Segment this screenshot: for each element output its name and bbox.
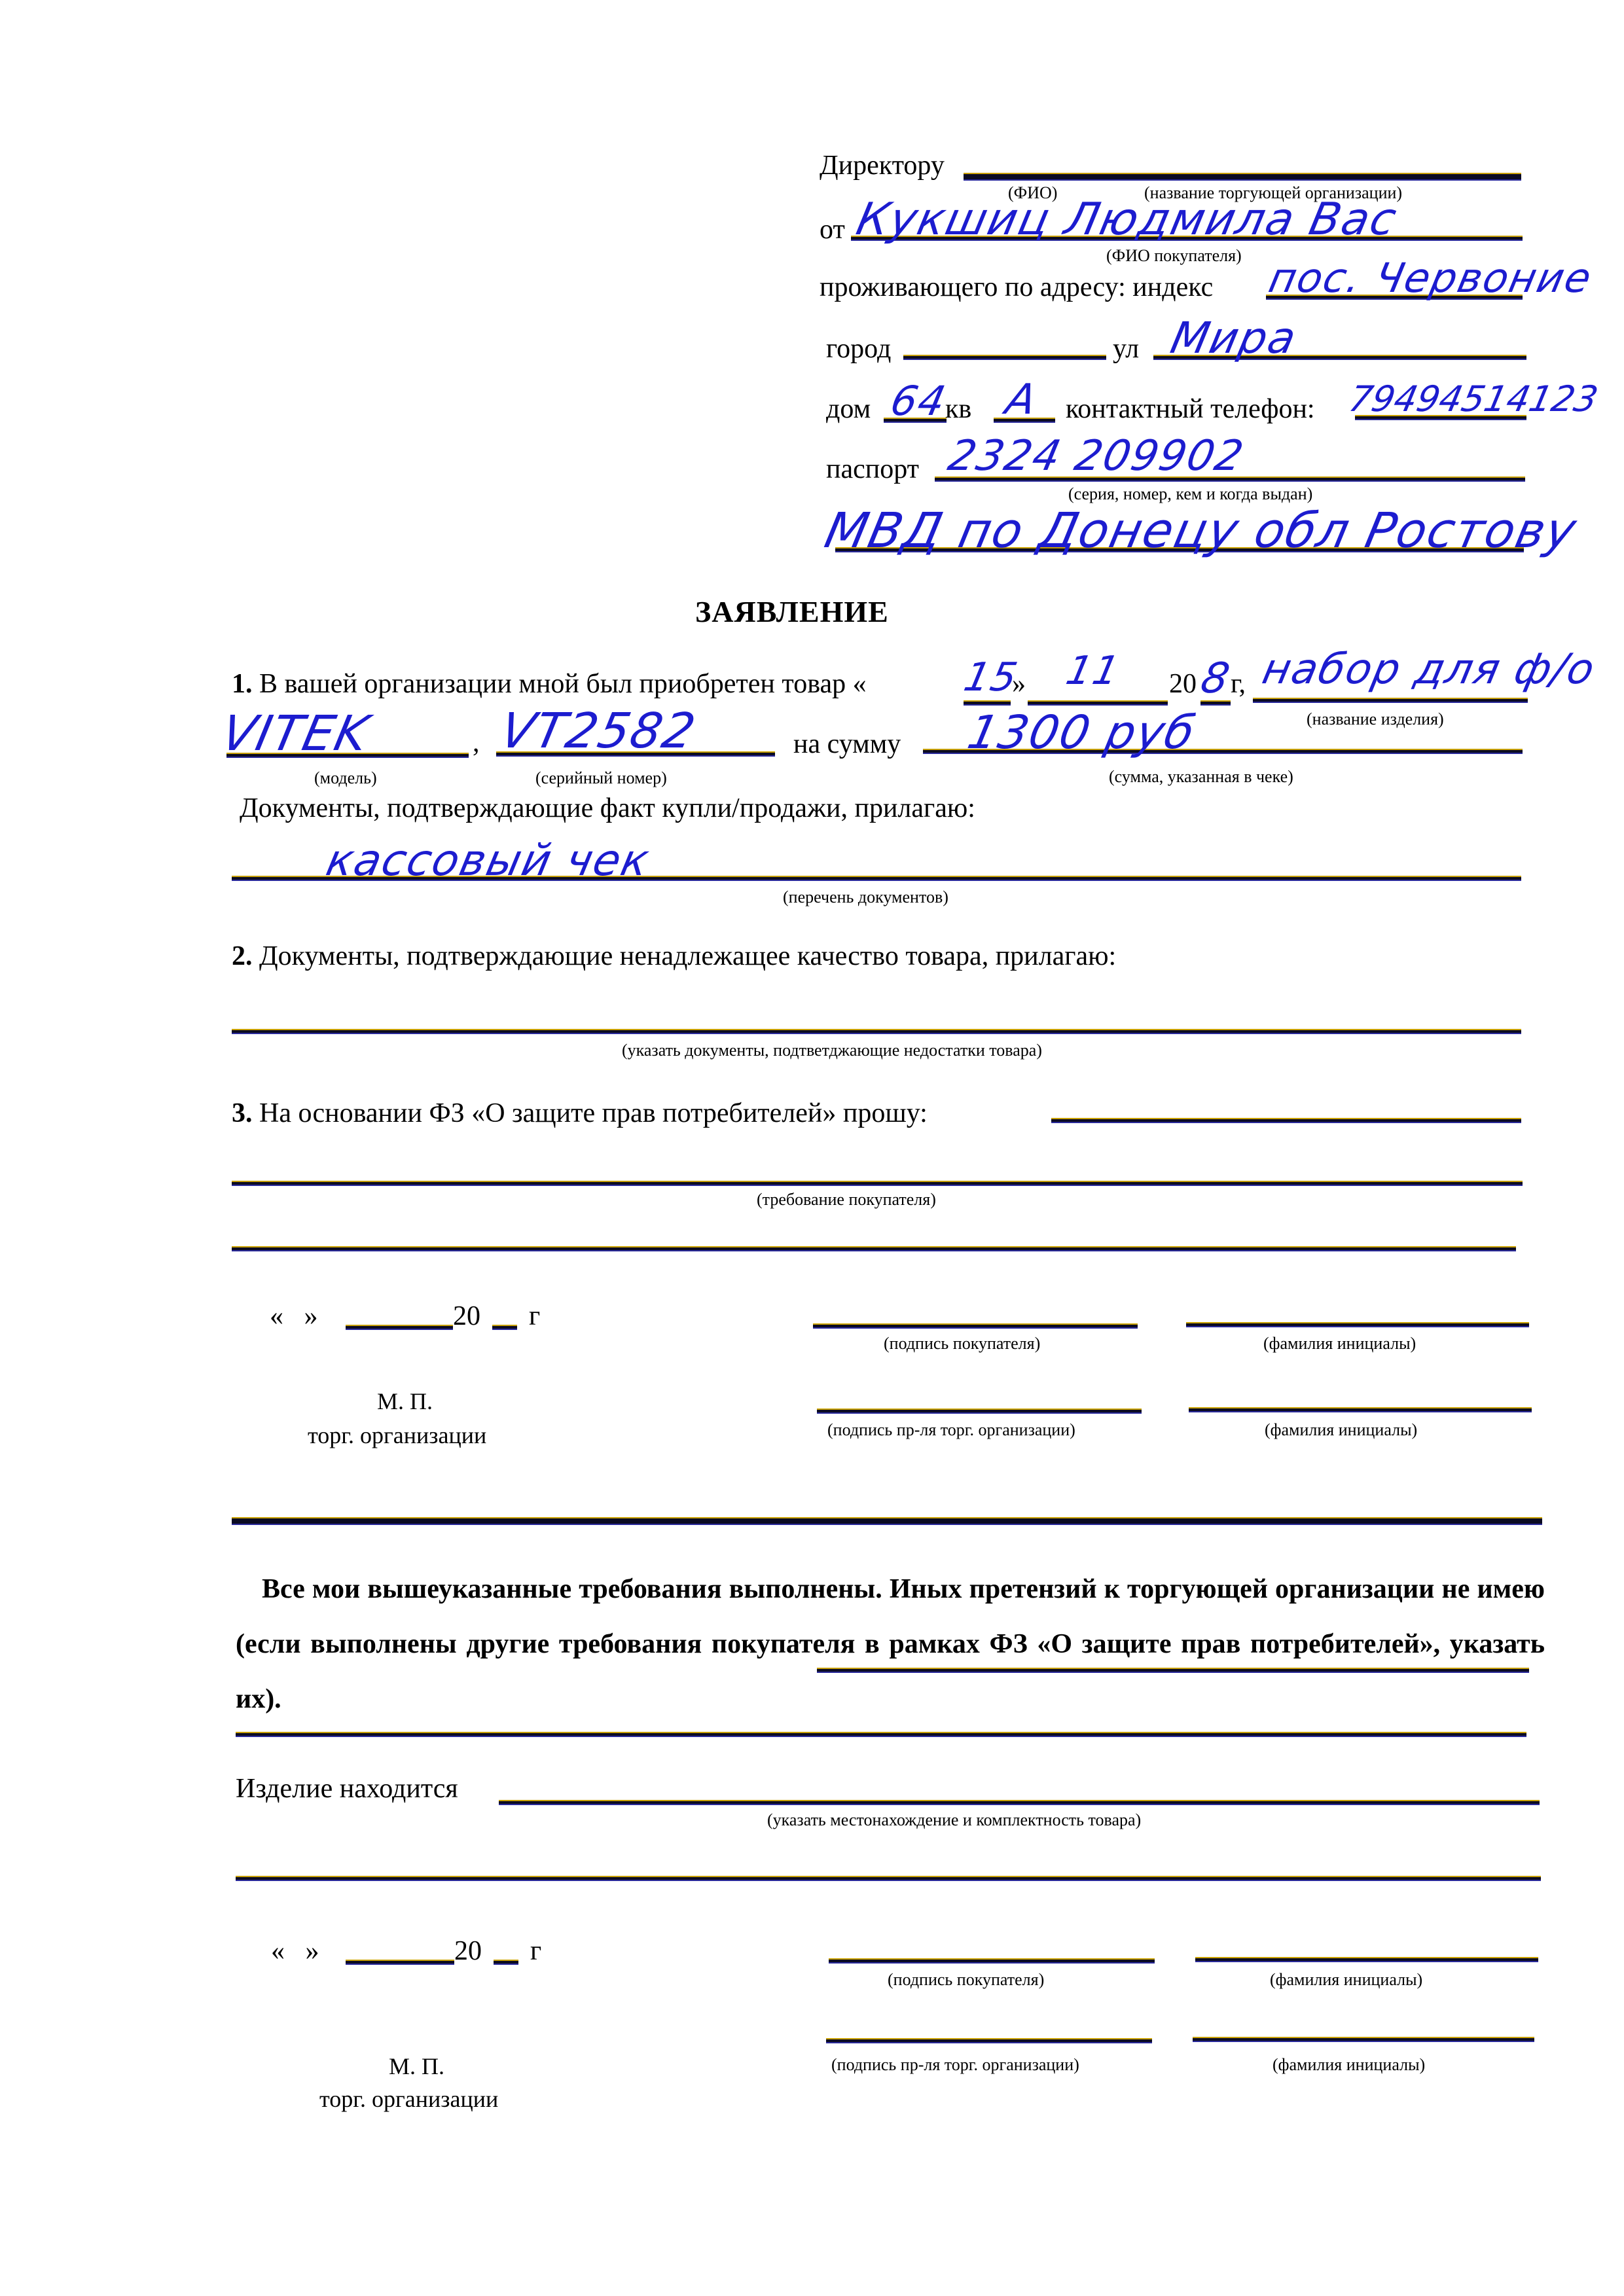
document-title: ЗАЯВЛЕНИЕ [695, 594, 889, 629]
buyer-name-2-field[interactable] [1195, 1958, 1538, 1961]
buyer-signature-1-caption: (подпись покупателя) [884, 1335, 1040, 1352]
address-label: проживающего по адресу: индекс [820, 274, 1213, 301]
stamp-2-label-top: М. П. [389, 2053, 444, 2080]
month-field[interactable] [1028, 702, 1168, 704]
buyer-name-1-field[interactable] [1186, 1323, 1529, 1326]
year-suffix: г, [1231, 670, 1246, 698]
date-1-year-prefix: 20 [453, 1302, 480, 1330]
org-signature-1-field[interactable] [817, 1410, 1142, 1412]
date-2-year-prefix: 20 [454, 1937, 482, 1965]
passport-label: паспорт [826, 456, 919, 483]
director-field[interactable] [964, 174, 1521, 179]
org-name-1-caption: (фамилия инициалы) [1265, 1422, 1417, 1439]
street-label: ул [1113, 335, 1139, 363]
date-1-year-suffix: г [529, 1302, 540, 1330]
buyer-name-2-caption: (фамилия инициалы) [1270, 1971, 1422, 1988]
demand-field-2[interactable] [232, 1182, 1523, 1185]
section3-number: 3. [232, 1098, 253, 1128]
quote-close: » [1012, 670, 1026, 698]
model-value: VITEK [217, 706, 374, 762]
location-field-2[interactable] [236, 1877, 1541, 1880]
address-value: пос. Червоние [1265, 254, 1597, 302]
serial-caption: (серийный номер) [535, 770, 667, 787]
date-1: « » [270, 1302, 318, 1330]
date-2-year-suffix: г [530, 1937, 541, 1965]
city-label: город [826, 335, 891, 363]
day-field[interactable] [964, 702, 1011, 704]
date-1-year-field[interactable] [492, 1326, 517, 1329]
director-label: Директору [820, 152, 945, 179]
house-value: 64 [886, 377, 950, 425]
org-signature-1-caption: (подпись пр-ля торг. организации) [827, 1422, 1075, 1439]
purchase-docs-label: Документы, подтверждающие факт купли/про… [240, 795, 975, 822]
apt-label: кв [945, 395, 971, 423]
product-field[interactable] [1253, 699, 1528, 702]
buyer-signature-1-field[interactable] [813, 1325, 1138, 1327]
purchase-docs-value: кассовый чек [322, 835, 655, 886]
serial-value: VT2582 [496, 703, 701, 759]
date-2-year-field[interactable] [494, 1961, 518, 1964]
buyer-signature-2-caption: (подпись покупателя) [888, 1971, 1044, 1988]
completion-statement: Все мои вышеуказанные требования выполне… [236, 1562, 1545, 1727]
year-value: 8 [1197, 655, 1235, 703]
sum-label: на сумму [793, 730, 901, 758]
from-value: Кукшиц Людмила Вас [852, 194, 1402, 245]
street-value: Мира [1166, 313, 1302, 363]
passport-value: 2324 209902 [944, 432, 1248, 480]
from-label: от [820, 216, 845, 243]
phone-value: 79494514123 [1345, 378, 1601, 420]
city-field[interactable] [903, 356, 1106, 359]
buyer-name-1-caption: (фамилия инициалы) [1263, 1335, 1416, 1352]
apt-value: А [1001, 376, 1042, 424]
product-value: набор для ф/о [1258, 645, 1600, 694]
location-label: Изделие находится [236, 1775, 458, 1803]
date-2-month-field[interactable] [346, 1961, 454, 1964]
from-caption: (ФИО покупателя) [1106, 247, 1242, 264]
section2-text: Документы, подтверждающие ненадлежащее к… [259, 941, 1116, 971]
passport-caption: (серия, номер, кем и когда выдан) [1068, 486, 1312, 503]
buyer-signature-2-field[interactable] [829, 1960, 1155, 1962]
section1-text: В вашей организации мной был приобретен … [259, 669, 867, 699]
stamp-1-label-top: М. П. [377, 1388, 433, 1415]
demand-field-1[interactable] [1051, 1119, 1521, 1122]
org-signature-2-caption: (подпись пр-ля торг. организации) [831, 2056, 1079, 2073]
date-2: « » [271, 1937, 319, 1965]
org-signature-2-field[interactable] [826, 2039, 1152, 2042]
sum-caption: (сумма, указанная в чеке) [1109, 768, 1293, 785]
demand-caption: (требование покупателя) [757, 1191, 936, 1208]
section-divider [232, 1518, 1542, 1524]
model-serial-comma: , [473, 729, 480, 757]
org-name-1-field[interactable] [1189, 1408, 1532, 1411]
org-name-2-caption: (фамилия инициалы) [1272, 2056, 1425, 2073]
quality-docs-caption: (указать документы, подтветджающие недос… [622, 1042, 1042, 1059]
passport-issued-value: МВД по Донецу обл Ростову [820, 503, 1582, 559]
stamp-1-label-bottom: торг. организации [308, 1422, 486, 1449]
year-prefix: 20 [1169, 670, 1197, 698]
demand-field-3[interactable] [232, 1247, 1516, 1250]
sum-value: 1300 руб [963, 706, 1200, 759]
phone-label: контактный телефон: [1066, 395, 1315, 423]
stamp-2-label-bottom: торг. организации [319, 2085, 498, 2113]
purchase-docs-caption: (перечень документов) [783, 889, 948, 906]
model-caption: (модель) [314, 770, 377, 787]
house-label: дом [826, 395, 871, 423]
org-name-2-field[interactable] [1193, 2038, 1534, 2041]
section3-text: На основании ФЗ «О защите прав потребите… [259, 1098, 928, 1128]
product-caption: (название изделия) [1307, 711, 1444, 728]
month-value: 11 [1062, 648, 1125, 694]
section2-number: 2. [232, 941, 253, 971]
location-caption: (указать местонахождение и комплектность… [767, 1812, 1141, 1829]
other-demands-field-1[interactable] [817, 1669, 1529, 1672]
location-field[interactable] [499, 1801, 1540, 1804]
quality-docs-field[interactable] [232, 1030, 1521, 1033]
date-1-month-field[interactable] [346, 1326, 453, 1329]
other-demands-field-2[interactable] [236, 1733, 1526, 1736]
section1-number: 1. [232, 669, 253, 699]
